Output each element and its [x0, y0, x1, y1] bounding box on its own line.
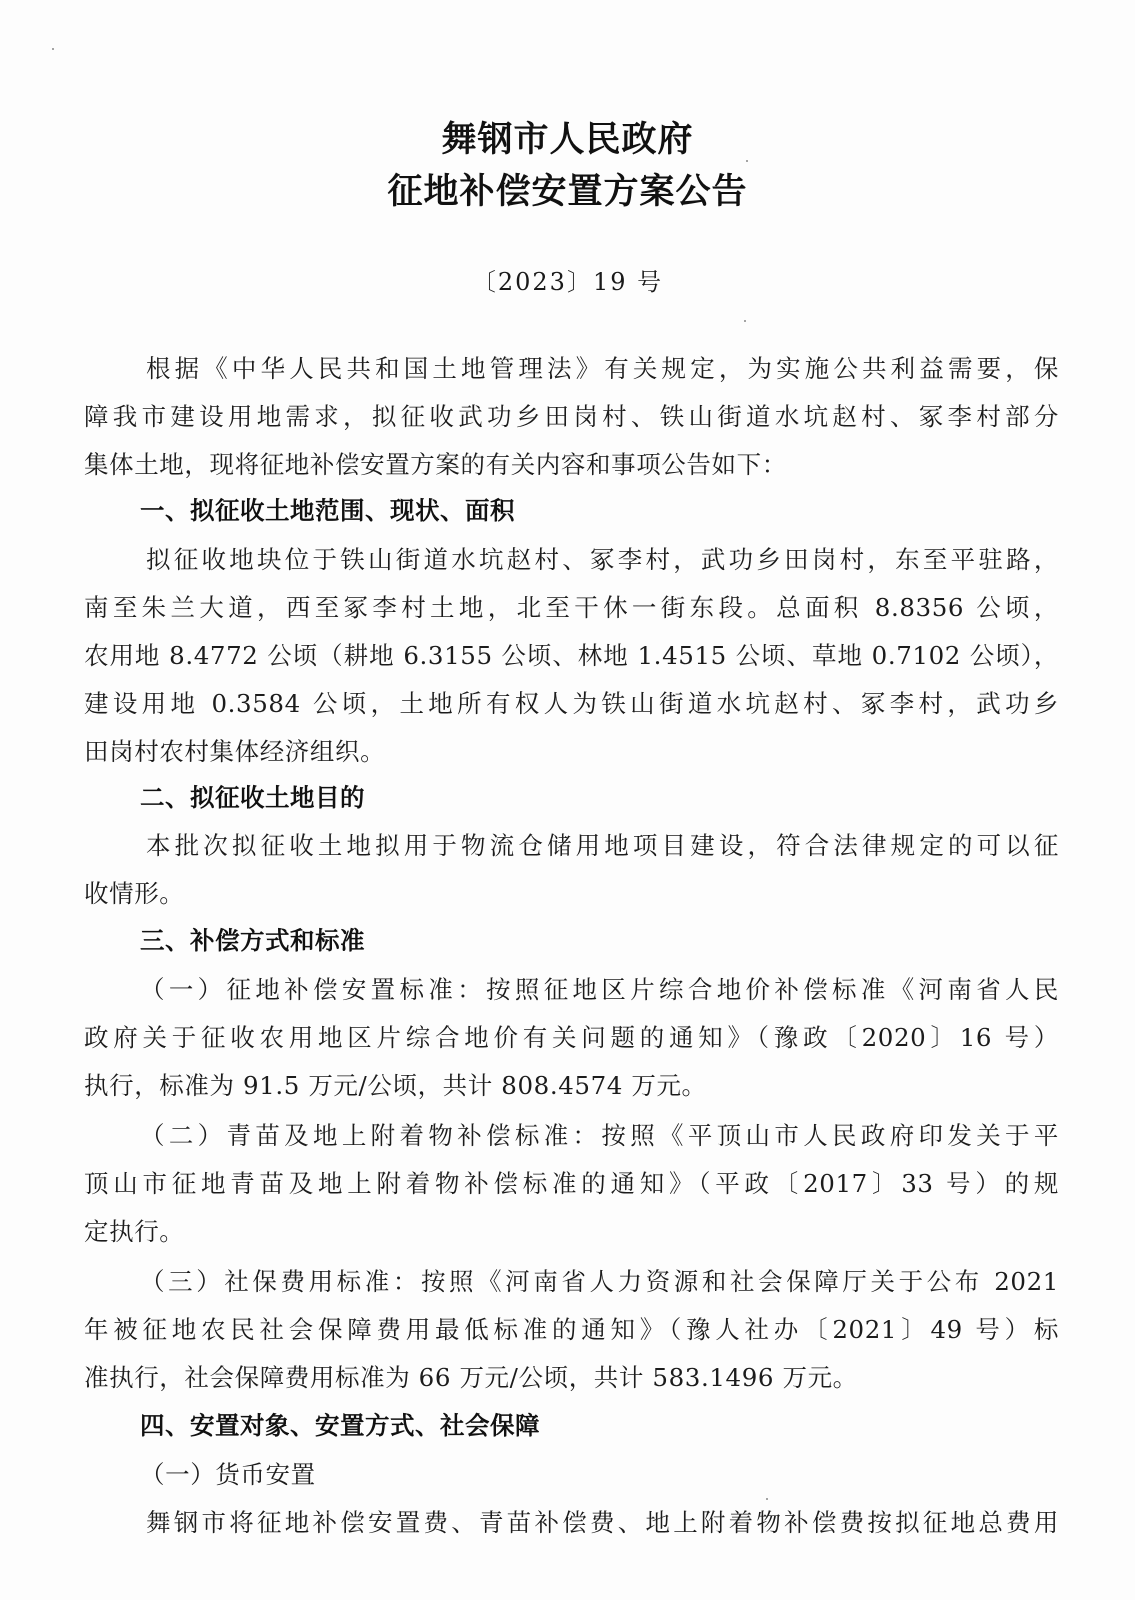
paragraph-line: 农用地 8.4772 公顷（耕地 6.3155 公顷、林地 1.4515 公顷、…: [84, 639, 1059, 673]
scan-speck: [327, 1512, 329, 1514]
section-heading-resettlement: 四、安置对象、安置方式、社会保障: [140, 1409, 540, 1443]
intro-line: 障我市建设用地需求，拟征收武功乡田岗村、铁山街道水坑赵村、冢李村部分: [84, 400, 1059, 434]
paragraph-line: 顶山市征地青苗及地上附着物补偿标准的通知》（平政〔2017〕33 号）的规: [84, 1167, 1059, 1201]
section-heading-purpose: 二、拟征收土地目的: [140, 781, 365, 815]
paragraph-line: 田岗村农村集体经济组织。: [84, 735, 1059, 769]
paragraph-line: （一）征地补偿安置标准：按照征地区片综合地价补偿标准《河南省人民: [140, 973, 1059, 1007]
paragraph-line: 收情形。: [84, 877, 1059, 911]
paragraph-line: 政府关于征收农用地区片综合地价有关问题的通知》（豫政〔2020〕16 号）: [84, 1021, 1059, 1055]
paragraph-line: 执行，标准为 91.5 万元/公顷，共计 808.4574 万元。: [84, 1069, 1059, 1103]
paragraph-line: （三）社保费用标准：按照《河南省人力资源和社会保障厅关于公布 2021: [140, 1265, 1059, 1299]
scan-speck: [52, 48, 54, 50]
document-title-subject: 征地补偿安置方案公告: [0, 164, 1135, 214]
scan-speck: [766, 1498, 768, 1500]
intro-line: 根据《中华人民共和国土地管理法》有关规定，为实施公共利益需要，保: [146, 352, 1059, 386]
paragraph-line: （二）青苗及地上附着物补偿标准：按照《平顶山市人民政府印发关于平: [140, 1119, 1059, 1153]
section-heading-scope: 一、拟征收土地范围、现状、面积: [140, 494, 515, 528]
paragraph-line: 准执行，社会保障费用标准为 66 万元/公顷，共计 583.1496 万元。: [84, 1361, 1059, 1395]
paragraph-line: 拟征收地块位于铁山街道水坑赵村、冢李村，武功乡田岗村，东至平驻路，: [146, 543, 1059, 577]
document-title-issuer: 舞钢市人民政府: [0, 112, 1135, 162]
paragraph-line: 年被征地农民社会保障费用最低标准的通知》（豫人社办〔2021〕49 号）标: [84, 1313, 1059, 1347]
section-heading-compensation: 三、补偿方式和标准: [140, 924, 365, 958]
document-number: 〔2023〕19 号: [0, 262, 1135, 297]
paragraph-line: 定执行。: [84, 1215, 1059, 1249]
scan-speck: [744, 320, 746, 322]
subsection-heading-monetary: （一）货币安置: [140, 1458, 1059, 1492]
intro-line: 集体土地，现将征地补偿安置方案的有关内容和事项公告如下：: [84, 448, 1059, 482]
paragraph-line: 建设用地 0.3584 公顷，土地所有权人为铁山街道水坑赵村、冢李村，武功乡: [84, 687, 1059, 721]
paragraph-line: 南至朱兰大道，西至冢李村土地，北至干休一街东段。总面积 8.8356 公顷，: [84, 591, 1059, 625]
paragraph-line: 本批次拟征收土地拟用于物流仓储用地项目建设，符合法律规定的可以征: [146, 829, 1059, 863]
paragraph-line: 舞钢市将征地补偿安置费、青苗补偿费、地上附着物补偿费按拟征地总费用: [146, 1506, 1059, 1540]
scan-speck: [746, 160, 748, 162]
document-page: 舞钢市人民政府 征地补偿安置方案公告 〔2023〕19 号 根据《中华人民共和国…: [0, 0, 1135, 1600]
